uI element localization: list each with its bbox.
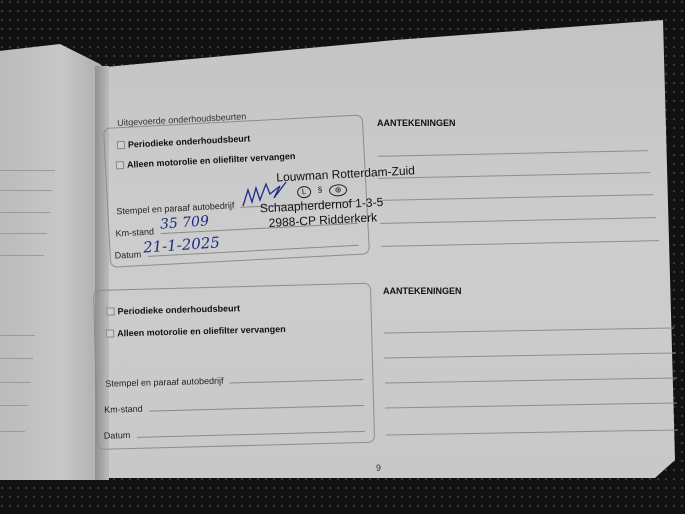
km-field[interactable]: Km-stand: [104, 398, 364, 415]
option-periodic-service[interactable]: Periodieke onderhoudsbeurt: [117, 133, 251, 150]
option-label: Periodieke onderhoudsbeurt: [117, 303, 240, 316]
option-oil-change[interactable]: Alleen motorolie en oliefilter vervangen: [116, 151, 296, 170]
maintenance-entry-2: Periodieke onderhoudsbeurt Alleen motoro…: [93, 283, 375, 450]
option-label: Alleen motorolie en oliefilter vervangen: [127, 151, 296, 170]
signature: [240, 180, 300, 210]
checkbox[interactable]: [116, 161, 124, 169]
km-value: 35 709: [160, 213, 210, 232]
option-label: Alleen motorolie en oliefilter vervangen: [117, 324, 286, 338]
page-number: 9: [376, 463, 381, 473]
left-page: [0, 44, 110, 480]
option-periodic-service[interactable]: Periodieke onderhoudsbeurt: [106, 303, 240, 316]
stamp-field[interactable]: Stempel en paraaf autobedrijf: [105, 372, 363, 389]
suzuki-logo-icon: §: [314, 185, 327, 196]
notes-title-2: AANTEKENINGEN: [383, 286, 462, 296]
date-field[interactable]: Datum: [104, 424, 365, 441]
checkbox[interactable]: [106, 329, 114, 337]
notes-title-1: AANTEKENINGEN: [377, 118, 456, 128]
option-oil-change[interactable]: Alleen motorolie en oliefilter vervangen: [106, 324, 286, 339]
checkbox[interactable]: [106, 307, 114, 315]
checkbox[interactable]: [117, 141, 125, 149]
option-label: Periodieke onderhoudsbeurt: [128, 133, 251, 149]
toyota-logo-icon: ⊕: [329, 184, 348, 197]
